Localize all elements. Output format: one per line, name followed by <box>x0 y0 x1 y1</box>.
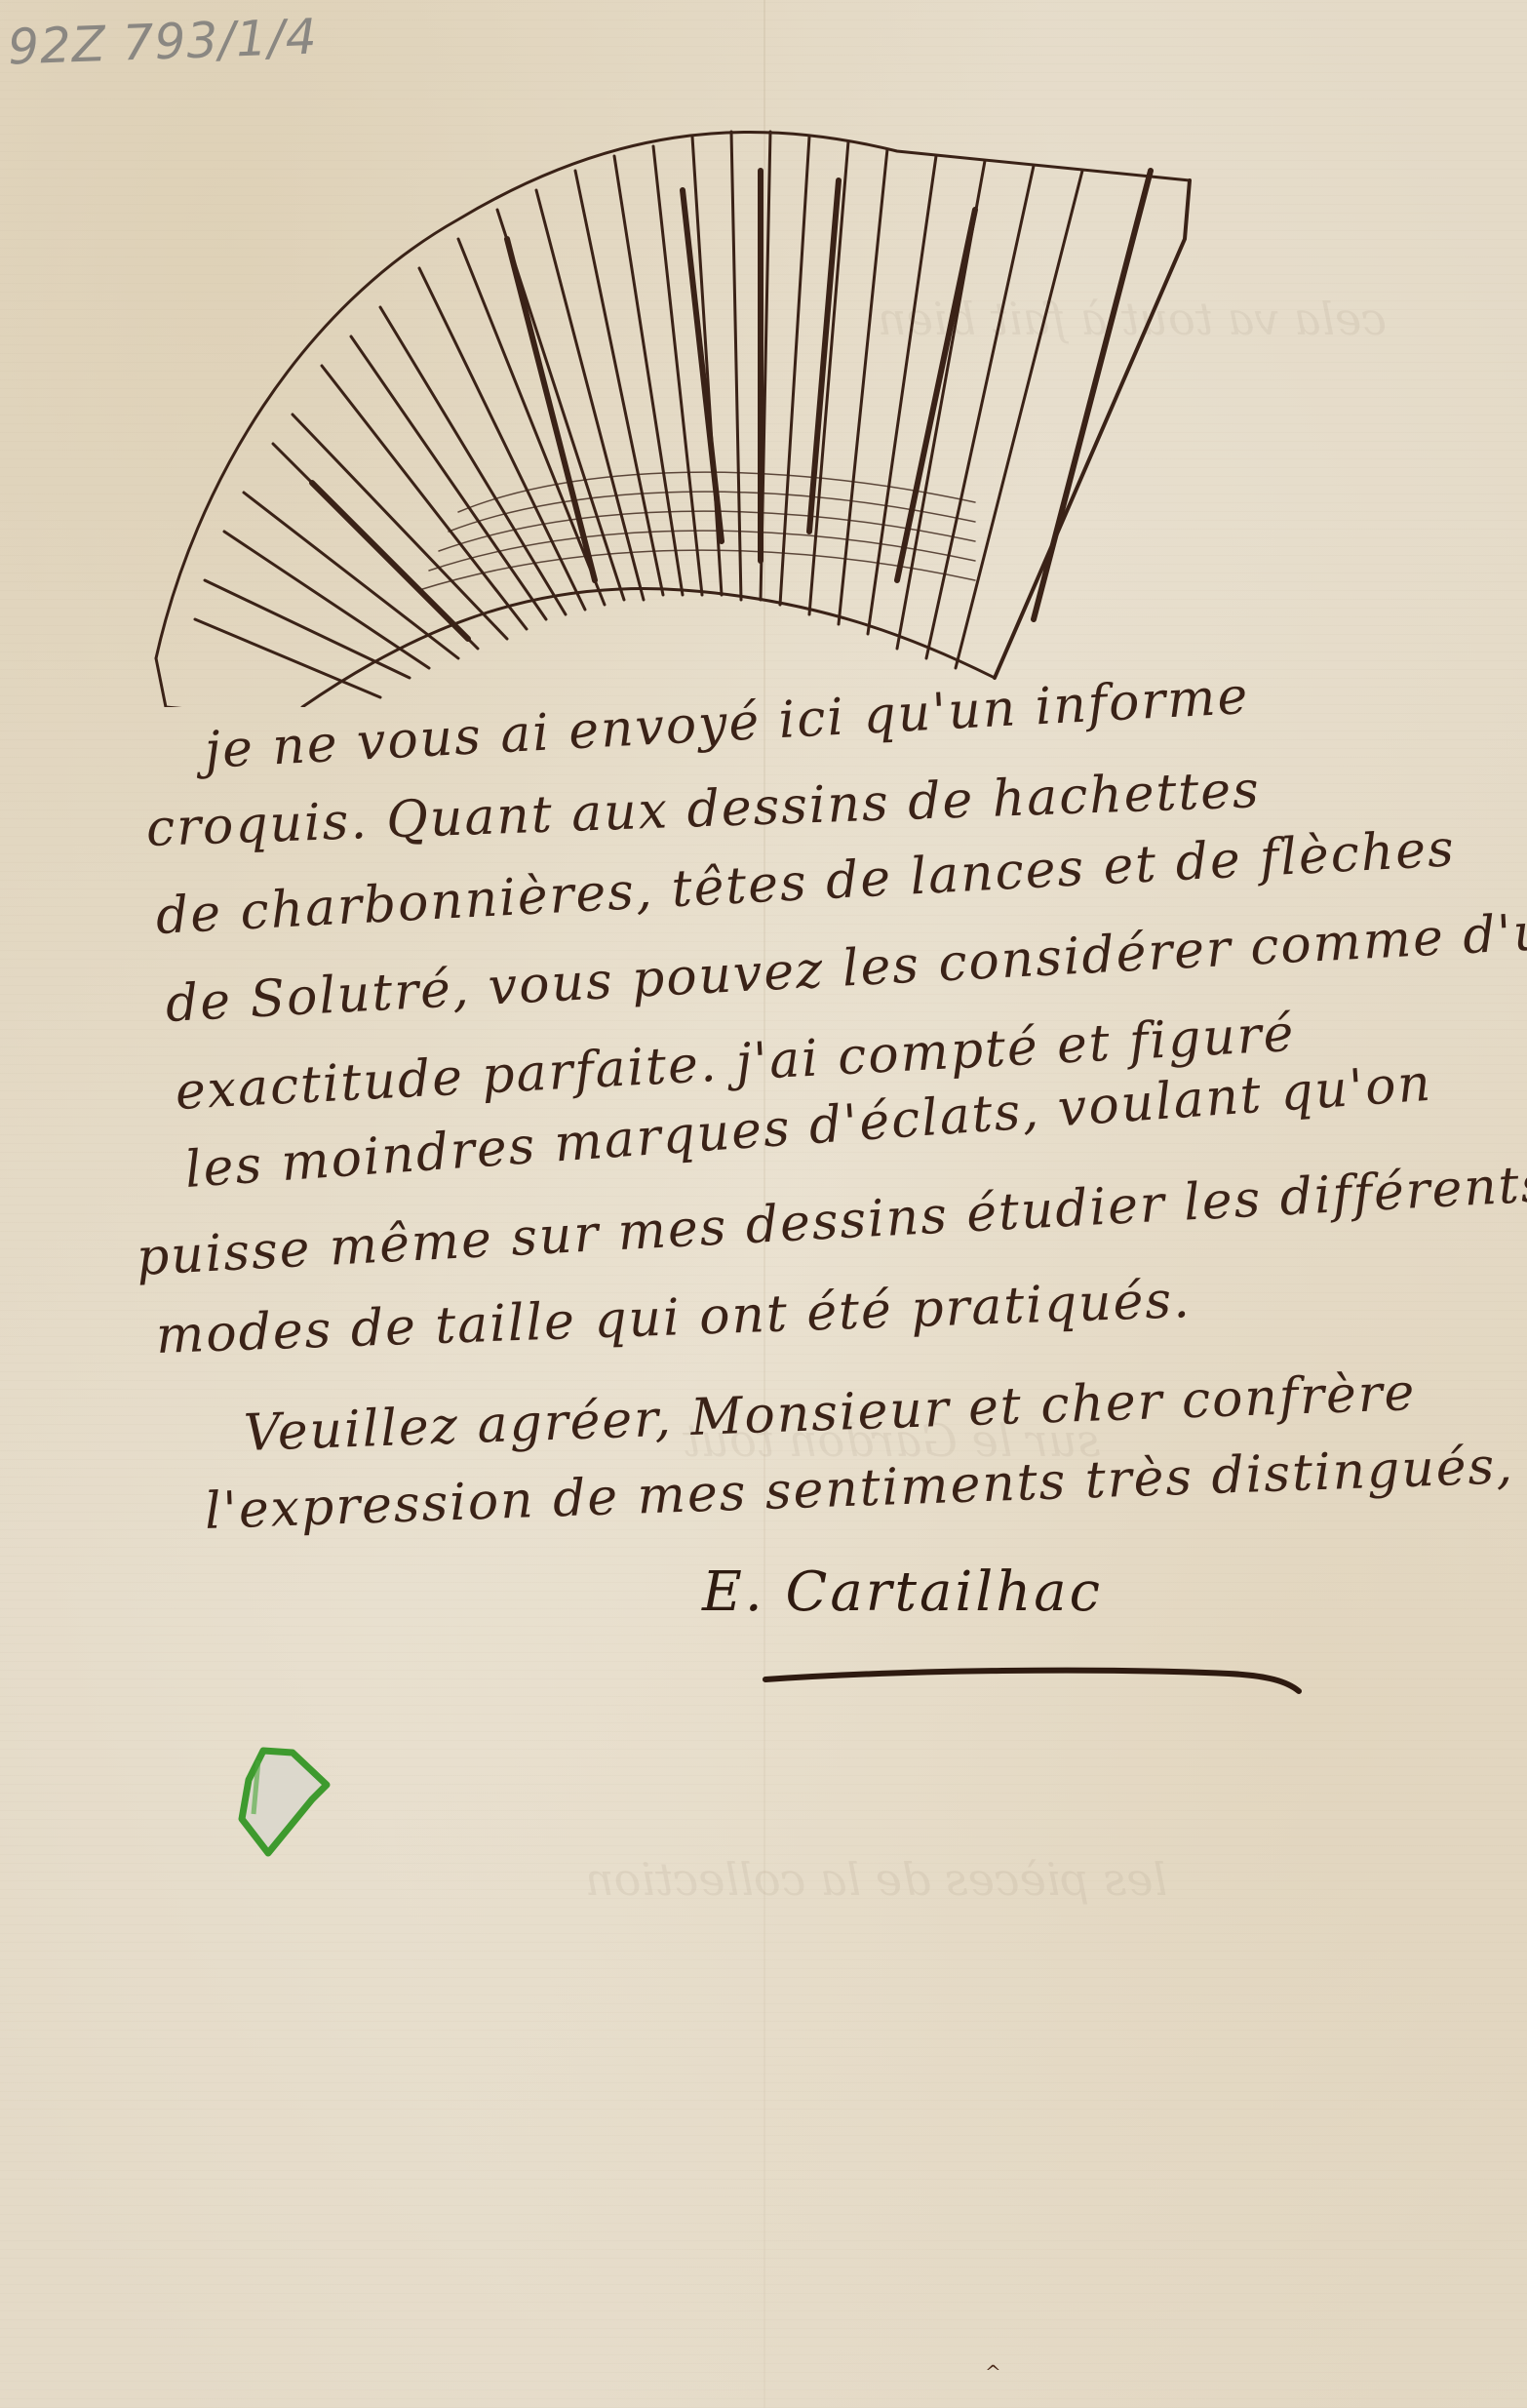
green-stain <box>234 1741 341 1858</box>
bottom-pen-mark: ^ <box>985 2360 1001 2384</box>
signature: E. Cartailhac <box>702 1560 1103 1624</box>
archive-number: 92Z 793/1/4 <box>7 8 318 75</box>
fan-sketch-drawing <box>137 73 1219 707</box>
bleed-through-text: les pièces de la collection <box>585 1853 1167 1906</box>
signature-underline <box>761 1658 1307 1697</box>
